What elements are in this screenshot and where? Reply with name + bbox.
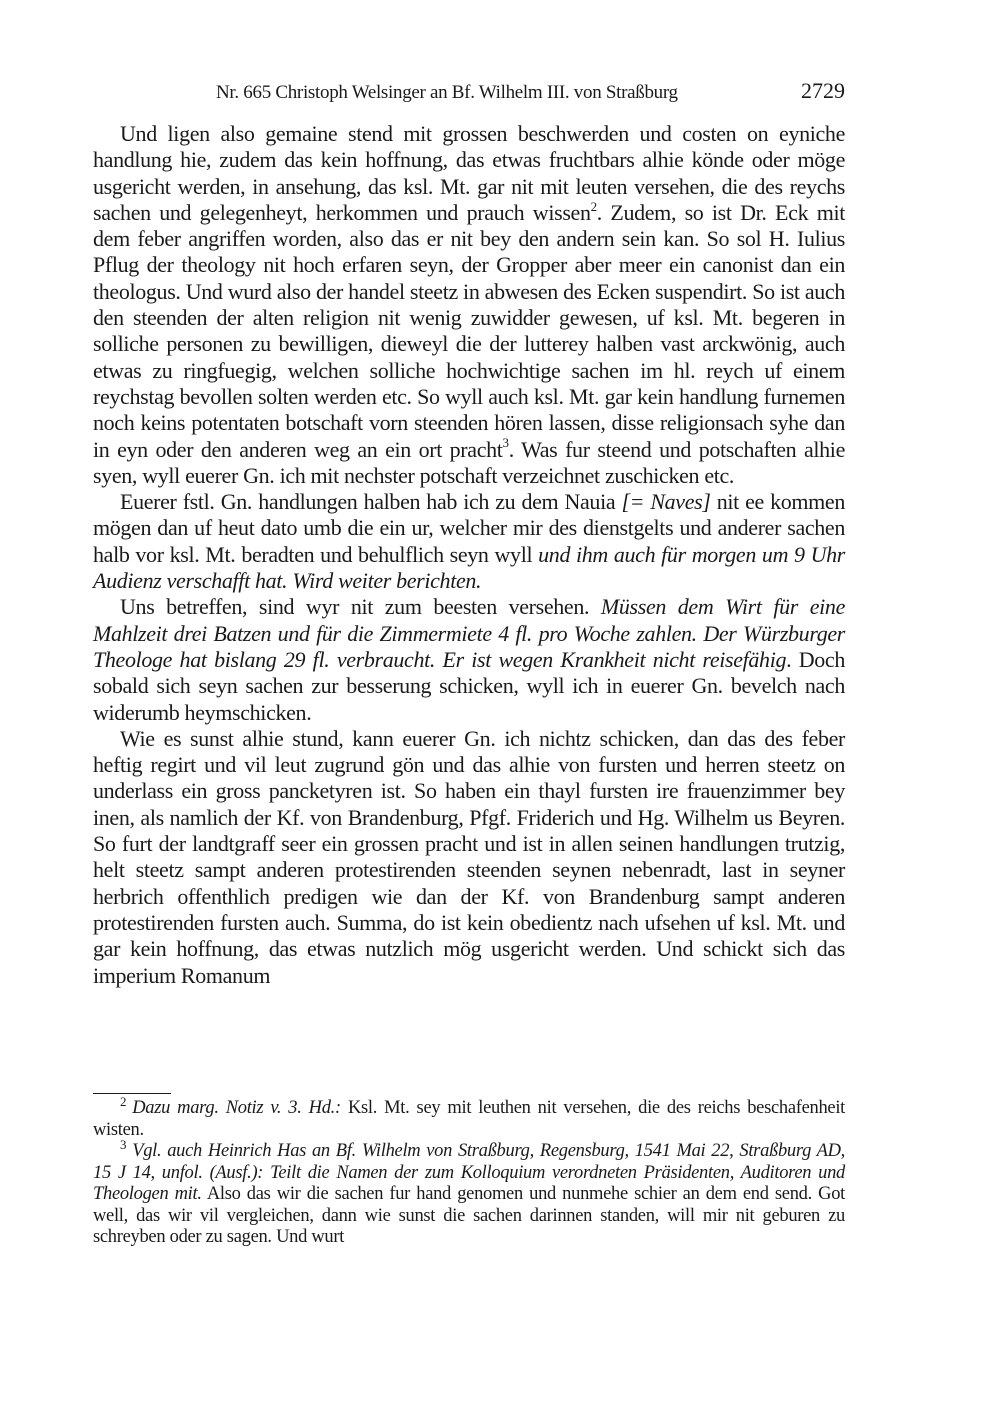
paragraph-2: Euerer fstl. Gn. handlungen halben hab i… (93, 489, 845, 594)
paragraph-4: Wie es sunst alhie stund, kann euerer Gn… (93, 726, 845, 989)
footnote-number: 3 (120, 1137, 126, 1152)
footnote-3: 3Vgl. auch Heinrich Has an Bf. Wilhelm v… (93, 1141, 845, 1249)
header-title: Nr. 665 Christoph Welsinger an Bf. Wilhe… (216, 80, 678, 106)
editorial-note: [= Naves] (621, 489, 710, 514)
page-number: 2729 (801, 78, 845, 104)
footnote-italic: Dazu marg. Notiz v. 3. Hd.: (132, 1098, 341, 1118)
main-text: Und ligen also gemaine stend mit grossen… (93, 121, 845, 989)
footnotes: 2Dazu marg. Notiz v. 3. Hd.: Ksl. Mt. se… (93, 1098, 845, 1249)
footnote-divider (93, 1093, 171, 1094)
footnote-text: Also das wir die sachen fur hand genomen… (93, 1184, 845, 1247)
text-segment: Wie es sunst alhie stund, kann euerer Gn… (93, 726, 845, 988)
footnote-ref-3[interactable]: 3 (503, 435, 509, 450)
footnote-2: 2Dazu marg. Notiz v. 3. Hd.: Ksl. Mt. se… (93, 1098, 845, 1141)
text-segment: . Zudem, so ist Dr. Eck mit dem feber an… (93, 200, 845, 462)
paragraph-1: Und ligen also gemaine stend mit grossen… (93, 121, 845, 489)
text-segment: Uns betreffen, sind wyr nit zum beesten … (120, 594, 601, 619)
running-header: Nr. 665 Christoph Welsinger an Bf. Wilhe… (93, 80, 845, 106)
text-segment: Euerer fstl. Gn. handlungen halben hab i… (120, 489, 621, 514)
footnote-number: 2 (120, 1094, 126, 1109)
paragraph-3: Uns betreffen, sind wyr nit zum beesten … (93, 594, 845, 725)
footnote-ref-2[interactable]: 2 (591, 199, 597, 214)
